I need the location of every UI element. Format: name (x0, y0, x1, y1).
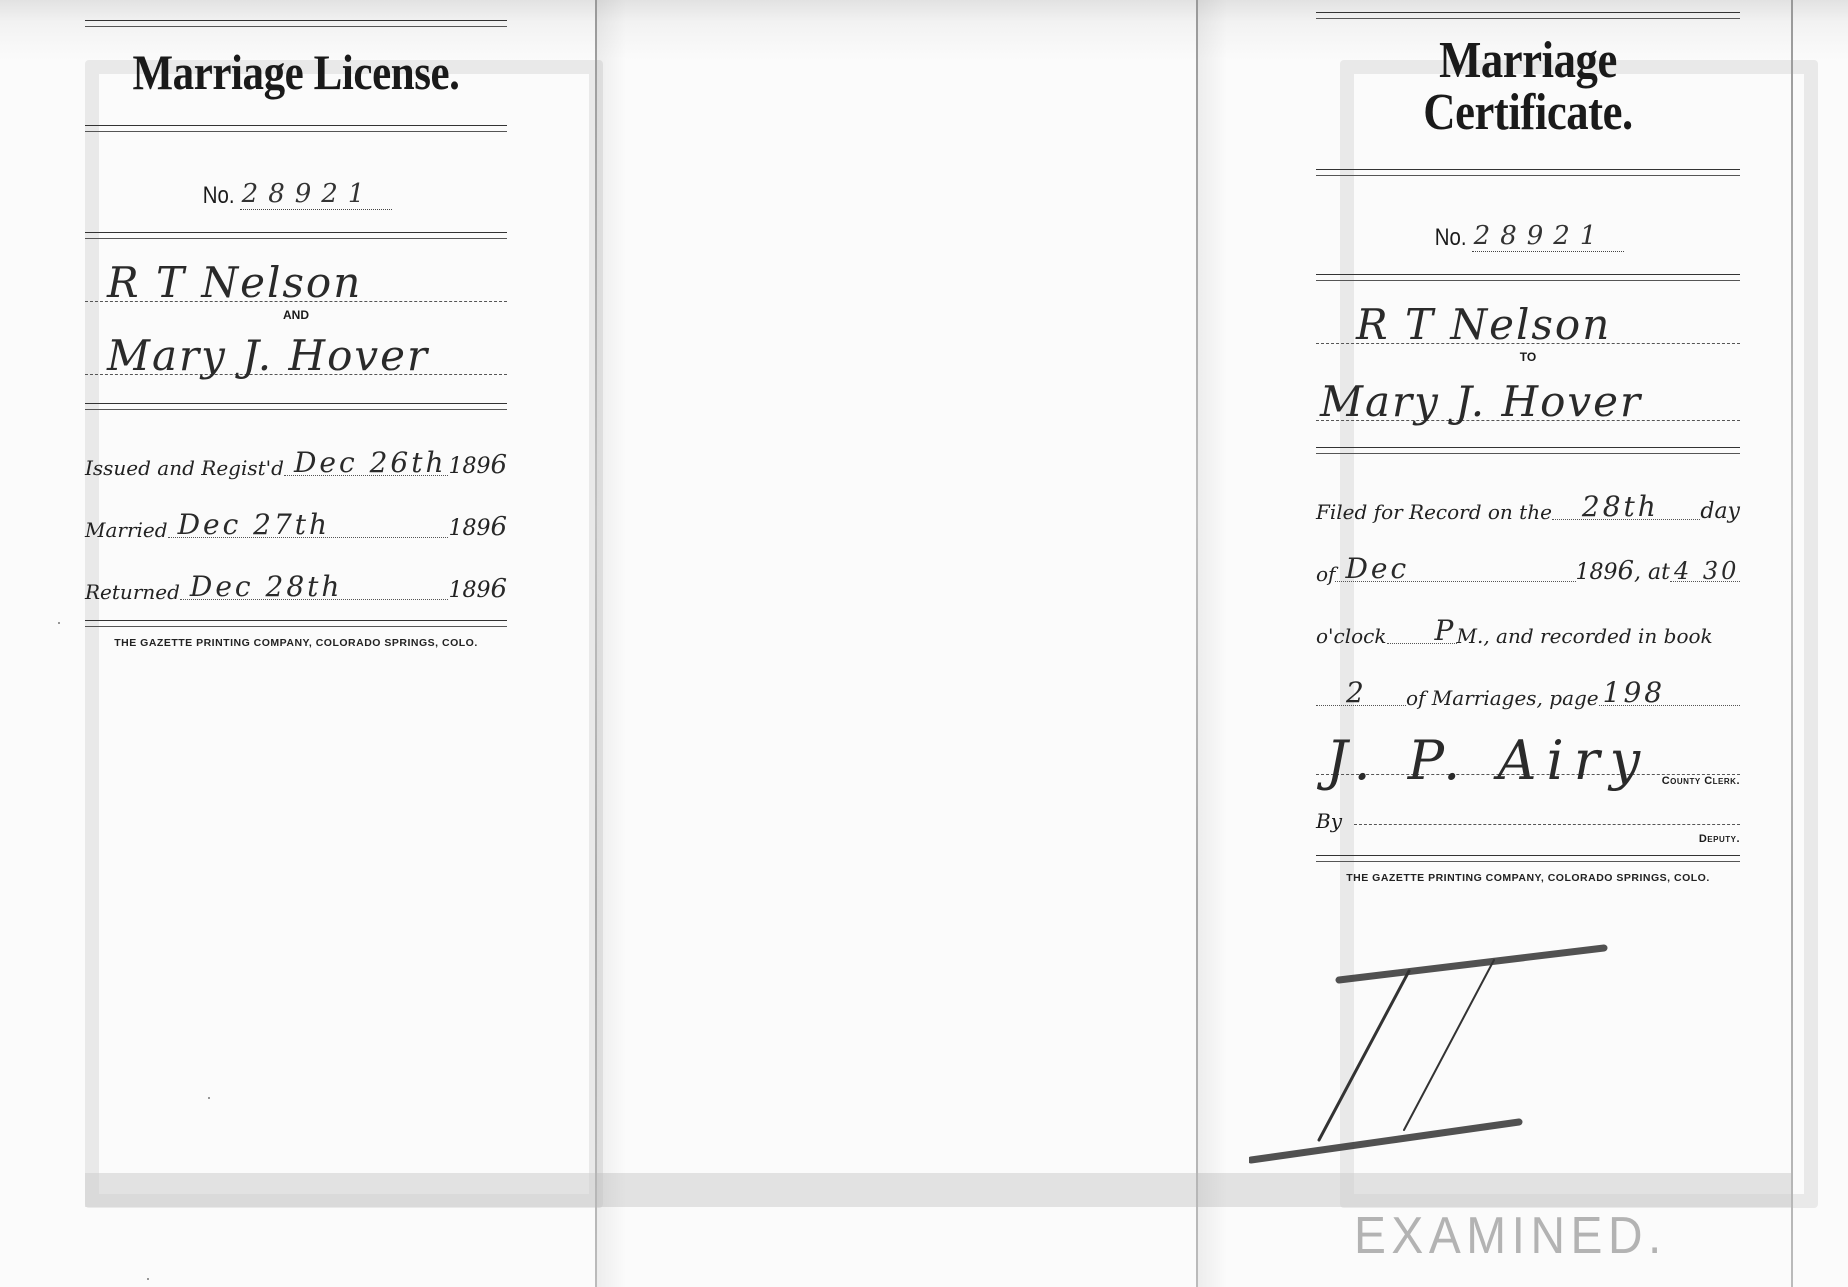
fold-line-3 (1791, 0, 1793, 1287)
book-value: 2 (1346, 676, 1367, 709)
clerk-signature: J. P. Airy (1326, 729, 1650, 792)
license-number: 28921 (240, 180, 392, 210)
filed-day-field: 28th (1552, 489, 1700, 520)
bride-line: Mary J. Hover (85, 326, 507, 375)
filed-label: Filed for Record on the (1316, 500, 1552, 528)
bride-name: Mary J. Hover (1320, 377, 1642, 426)
year-prefix: 189 (448, 516, 490, 541)
deputy-label: Deputy. (1316, 833, 1740, 845)
married-value: Dec 27th (178, 508, 331, 541)
marriage-certificate-panel: Marriage Certificate. No. 28921 R T Nels… (1316, 12, 1740, 884)
deputy-row: By (1316, 787, 1740, 833)
groom-name: R T Nelson (107, 258, 362, 307)
day-label: day (1700, 499, 1740, 528)
year-prefix: 189 (448, 454, 490, 479)
marriage-license-panel: Marriage License. No. 28921 R T Nelson A… (85, 20, 507, 649)
printer-imprint: THE GAZETTE PRINTING COMPANY, COLORADO S… (1316, 872, 1740, 884)
issued-row: Issued and Regist'd Dec 26th 1896 (85, 422, 507, 484)
issued-field: Dec 26th (284, 445, 448, 476)
meridiem-field: P (1387, 613, 1457, 644)
issued-value: Dec 26th (294, 446, 447, 479)
groom-name: R T Nelson (1356, 300, 1611, 349)
meridiem-value: P (1435, 614, 1457, 647)
year-prefix: 189 (448, 578, 490, 603)
conjunction: AND (85, 308, 507, 322)
year-suffix: 6 (1618, 556, 1635, 586)
deputy-field (1354, 804, 1740, 825)
rule (1316, 12, 1740, 19)
at-label: , at (1634, 560, 1670, 585)
year-suffix: 6 (490, 512, 507, 542)
returned-value: Dec 28th (190, 570, 343, 603)
year-suffix: 6 (490, 574, 507, 604)
marriages-label: of Marriages, page (1406, 686, 1599, 714)
certificate-title: Marriage Certificate. (1346, 35, 1711, 139)
rule (85, 232, 507, 239)
groom-line: R T Nelson (1316, 281, 1740, 344)
certificate-number-row: No. 28921 (1316, 176, 1740, 274)
issued-year: 1896 (448, 450, 507, 484)
married-year: 1896 (448, 512, 507, 546)
speck (208, 1097, 210, 1099)
book-row: 2 of Marriages, page 198 (1316, 652, 1740, 714)
clerk-signature-line: J. P. Airy (1316, 714, 1740, 775)
rule (85, 125, 507, 132)
fold-line-2 (1196, 0, 1198, 1287)
year-prefix: 189 (1576, 560, 1618, 585)
oclock-row: o'clock P M., and recorded in book (1316, 590, 1740, 652)
speck (58, 622, 60, 624)
page-field: 198 (1599, 675, 1740, 706)
returned-year: 1896 (448, 574, 507, 608)
rule (85, 403, 507, 410)
rule (85, 20, 507, 27)
time-field: 4 30 (1670, 551, 1740, 582)
married-row: Married Dec 27th 1896 (85, 484, 507, 546)
conjunction: TO (1316, 350, 1740, 364)
number-label: No. (203, 182, 235, 210)
groom-line: R T Nelson (85, 239, 507, 302)
returned-label: Returned (85, 580, 180, 608)
returned-field: Dec 28th (180, 569, 449, 600)
month-row: of Dec 1896, at 4 30 (1316, 528, 1740, 590)
book-field: 2 (1316, 675, 1406, 706)
year: 1896, at (1576, 556, 1671, 590)
rule (85, 620, 507, 627)
roman-numeral-mark (1249, 940, 1609, 1165)
of-label: of (1316, 562, 1335, 590)
license-number-row: No. 28921 (85, 132, 507, 232)
back-side-band (85, 1173, 1791, 1207)
rule (1316, 447, 1740, 454)
fold-shadow-2 (1197, 0, 1227, 1287)
oclock-label: o'clock (1316, 624, 1387, 652)
filed-row: Filed for Record on the 28th day (1316, 466, 1740, 528)
page-value: 198 (1603, 676, 1665, 709)
married-field: Dec 27th (168, 507, 449, 538)
number-label: No. (1435, 224, 1467, 252)
license-title: Marriage License. (115, 47, 478, 97)
rule (1316, 169, 1740, 176)
filed-day: 28th (1582, 490, 1659, 523)
certificate-number: 28921 (1472, 222, 1624, 252)
fold-shadow-1 (596, 0, 626, 1287)
returned-row: Returned Dec 28th 1896 (85, 546, 507, 608)
fold-line-1 (595, 0, 597, 1287)
by-label: By (1316, 809, 1342, 833)
time-value: 4 30 (1674, 557, 1739, 585)
bride-line: Mary J. Hover (1316, 368, 1740, 421)
bride-name: Mary J. Hover (107, 331, 429, 380)
month-value: Dec (1345, 552, 1409, 585)
month-field: Dec (1335, 551, 1575, 582)
examined-stamp: EXAMINED. (1354, 1206, 1667, 1266)
married-label: Married (85, 518, 168, 546)
year-suffix: 6 (490, 450, 507, 480)
issued-label: Issued and Regist'd (85, 456, 284, 484)
recorded-label: M., and recorded in book (1457, 624, 1713, 652)
printer-imprint: THE GAZETTE PRINTING COMPANY, COLORADO S… (85, 637, 507, 649)
speck (147, 1278, 149, 1280)
rule (1316, 274, 1740, 281)
rule (1316, 855, 1740, 862)
